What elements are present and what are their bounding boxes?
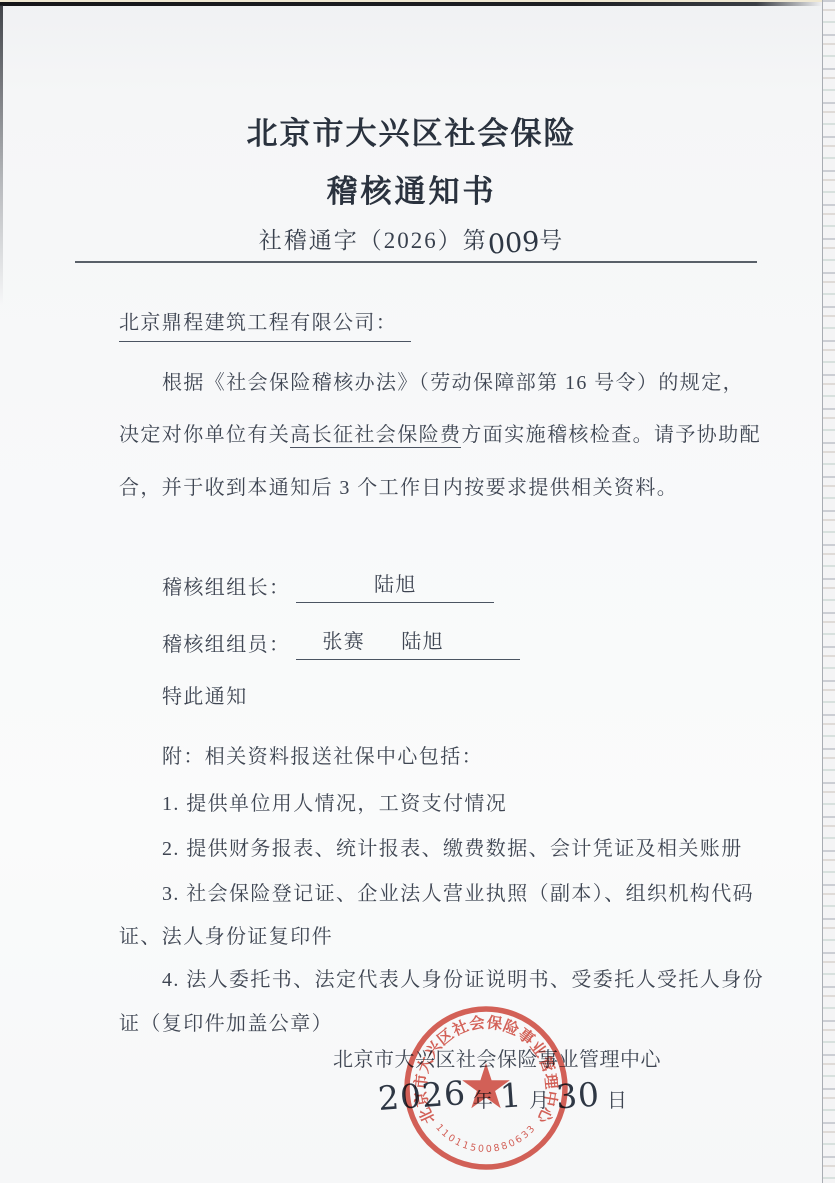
seal-number-text: 11011500880633: [433, 1122, 538, 1155]
star-icon: [462, 1063, 510, 1108]
audit-leader-label: 稽核组组长：: [162, 577, 290, 599]
document-title-line1: 北京市大兴区社会保险: [0, 108, 823, 153]
scan-edge-top-dark: [0, 2, 822, 6]
audit-member-name-2: 陆旭: [401, 627, 444, 657]
paragraph-line-1: 根据《社会保险稽核办法》（劳动保障部第 16 号令）的规定，: [162, 368, 744, 398]
audit-leader-blank: 陆旭: [296, 570, 494, 603]
official-seal: 北京市大兴区社会保险事业管理中心 11011500880633: [398, 1000, 574, 1176]
paragraph-line-2-pre: 决定对你单位有关: [119, 424, 290, 446]
audit-subject-underlined: 高长征社会保险费: [290, 424, 461, 448]
notice-statement: 特此通知: [162, 682, 248, 712]
document-title-line2: 稽核通知书: [0, 166, 823, 211]
header-divider-line: [75, 261, 757, 263]
document-number: 社稽通字（2026）第009号: [0, 222, 823, 255]
paragraph-line-2: 决定对你单位有关高长征社会保险费方面实施稽核检查。请予协助配: [119, 420, 761, 450]
audit-member-name-1: 张赛: [322, 627, 365, 657]
paragraph-line-2-post: 方面实施稽核检查。请予协助配: [461, 424, 761, 446]
audit-leader-row: 稽核组组长：陆旭: [162, 570, 494, 603]
scan-edge-left: [0, 5, 3, 305]
audit-members-row: 稽核组组员：张赛陆旭: [162, 627, 520, 660]
attachment-line: 证（复印件加盖公章）: [119, 1009, 333, 1039]
scan-edge-right: [822, 0, 835, 1183]
attachment-line: 1. 提供单位用人情况，工资支付情况: [162, 789, 507, 819]
svg-text:11011500880633: 11011500880633: [433, 1122, 538, 1155]
recipient-company: 北京鼎程建筑工程有限公司：: [119, 308, 411, 342]
audit-members-label: 稽核组组员：: [162, 634, 290, 656]
attachment-line: 4. 法人委托书、法定代表人身份证说明书、受委托人受托人身份: [162, 965, 764, 995]
attachment-line: 3. 社会保险登记证、企业法人营业执照（副本）、组织机构代码: [162, 879, 754, 909]
attachment-line: 证、法人身份证复印件: [119, 922, 333, 952]
document-number-prefix: 社稽通字（2026）第: [259, 228, 488, 253]
scanned-notice-page: 北京市大兴区社会保险 稽核通知书 社稽通字（2026）第009号 北京鼎程建筑工…: [0, 0, 835, 1183]
attachment-line: 2. 提供财务报表、统计报表、缴费数据、会计凭证及相关账册: [162, 834, 743, 864]
document-number-suffix: 号: [539, 228, 564, 253]
attachment-heading: 附：相关资料报送社保中心包括：: [162, 742, 483, 772]
audit-leader-name: 陆旭: [374, 570, 417, 600]
date-day-label: 日: [607, 1084, 627, 1113]
paragraph-line-3: 合，并于收到本通知后 3 个工作日内按要求提供相关资料。: [119, 473, 678, 503]
audit-members-blank: 张赛陆旭: [296, 627, 520, 660]
document-number-handwritten: 009: [487, 232, 540, 256]
